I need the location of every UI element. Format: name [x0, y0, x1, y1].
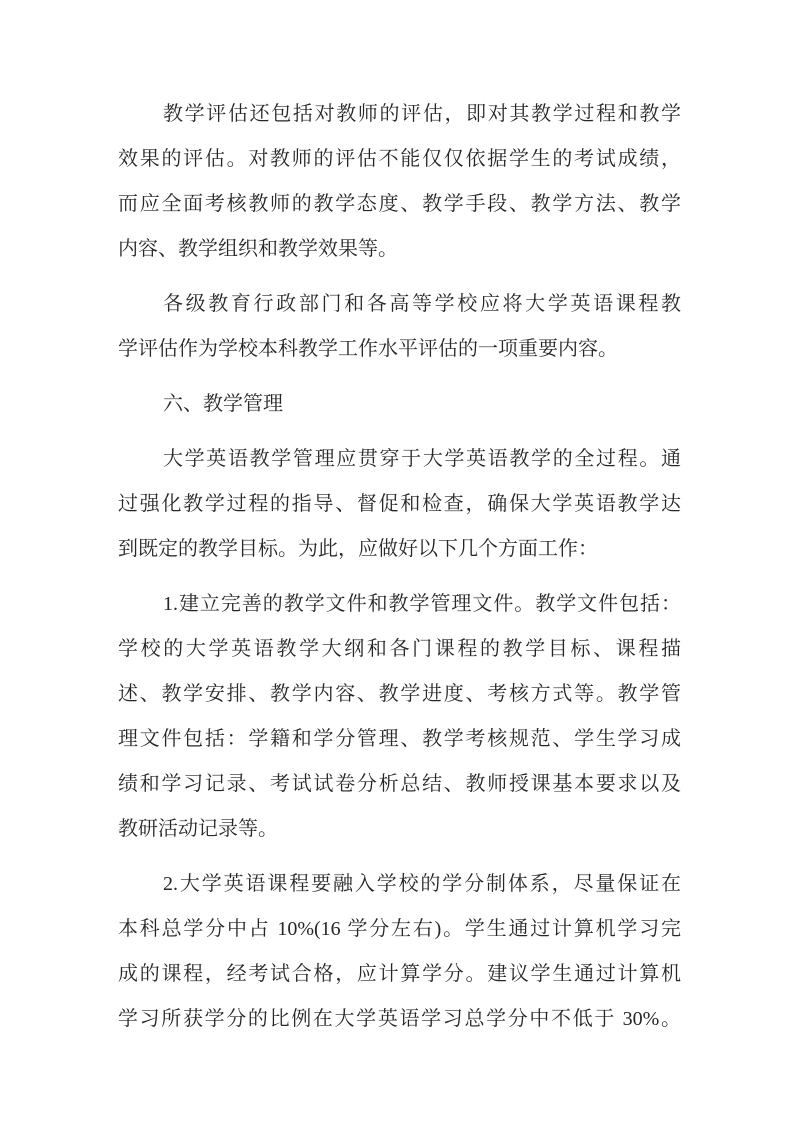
text-line: 本科总学分中占 10%(16 学分左右)。学生通过计算机学习完: [118, 907, 681, 952]
paragraph-administration-requirement: 各级教育行政部门和各高等学校应将大学英语课程教 学评估作为学校本科教学工作水平评…: [118, 282, 681, 372]
paragraph-item-2-credit-system: 2.大学英语课程要融入学校的学分制体系，尽量保证在 本科总学分中占 10%(16…: [118, 862, 681, 1042]
paragraph-management-overview: 大学英语教学管理应贯穿于大学英语教学的全过程。通 过强化教学过程的指导、督促和检…: [118, 437, 681, 572]
text-line: 而应全面考核教师的教学态度、教学手段、教学方法、教学: [118, 182, 681, 227]
paragraph-item-1-teaching-documents: 1.建立完善的教学文件和教学管理文件。教学文件包括： 学校的大学英语教学大纲和各…: [118, 582, 681, 852]
paragraph-teacher-evaluation: 教学评估还包括对教师的评估，即对其教学过程和教学 效果的评估。对教师的评估不能仅…: [118, 92, 681, 272]
text-line: 成的课程，经考试合格，应计算学分。建议学生通过计算机: [118, 952, 681, 997]
text-line: 大学英语教学管理应贯穿于大学英语教学的全过程。通: [118, 437, 681, 482]
text-line: 绩和学习记录、考试试卷分析总结、教师授课基本要求以及: [118, 762, 681, 807]
text-line: 学习所获学分的比例在大学英语学习总学分中不低于 30%。: [118, 997, 681, 1042]
text-line: 1.建立完善的教学文件和教学管理文件。教学文件包括：: [118, 582, 681, 627]
text-line: 过强化教学过程的指导、督促和检查，确保大学英语教学达: [118, 482, 681, 527]
text-line: 述、教学安排、教学内容、教学进度、考核方式等。教学管: [118, 672, 681, 717]
text-line: 效果的评估。对教师的评估不能仅仅依据学生的考试成绩，: [118, 137, 681, 182]
document-page: 教学评估还包括对教师的评估，即对其教学过程和教学 效果的评估。对教师的评估不能仅…: [0, 0, 793, 1122]
text-line: 教学评估还包括对教师的评估，即对其教学过程和教学: [118, 92, 681, 137]
text-line: 教研活动记录等。: [118, 807, 681, 852]
text-line: 理文件包括：学籍和学分管理、教学考核规范、学生学习成: [118, 717, 681, 762]
section-heading-teaching-management: 六、教学管理: [118, 382, 681, 427]
heading-text: 六、教学管理: [118, 382, 681, 427]
text-line: 各级教育行政部门和各高等学校应将大学英语课程教: [118, 282, 681, 327]
text-line: 2.大学英语课程要融入学校的学分制体系，尽量保证在: [118, 862, 681, 907]
text-line: 学评估作为学校本科教学工作水平评估的一项重要内容。: [118, 327, 681, 372]
text-line: 内容、教学组织和教学效果等。: [118, 227, 681, 272]
text-line: 到既定的教学目标。为此，应做好以下几个方面工作：: [118, 527, 681, 572]
text-line: 学校的大学英语教学大纲和各门课程的教学目标、课程描: [118, 627, 681, 672]
